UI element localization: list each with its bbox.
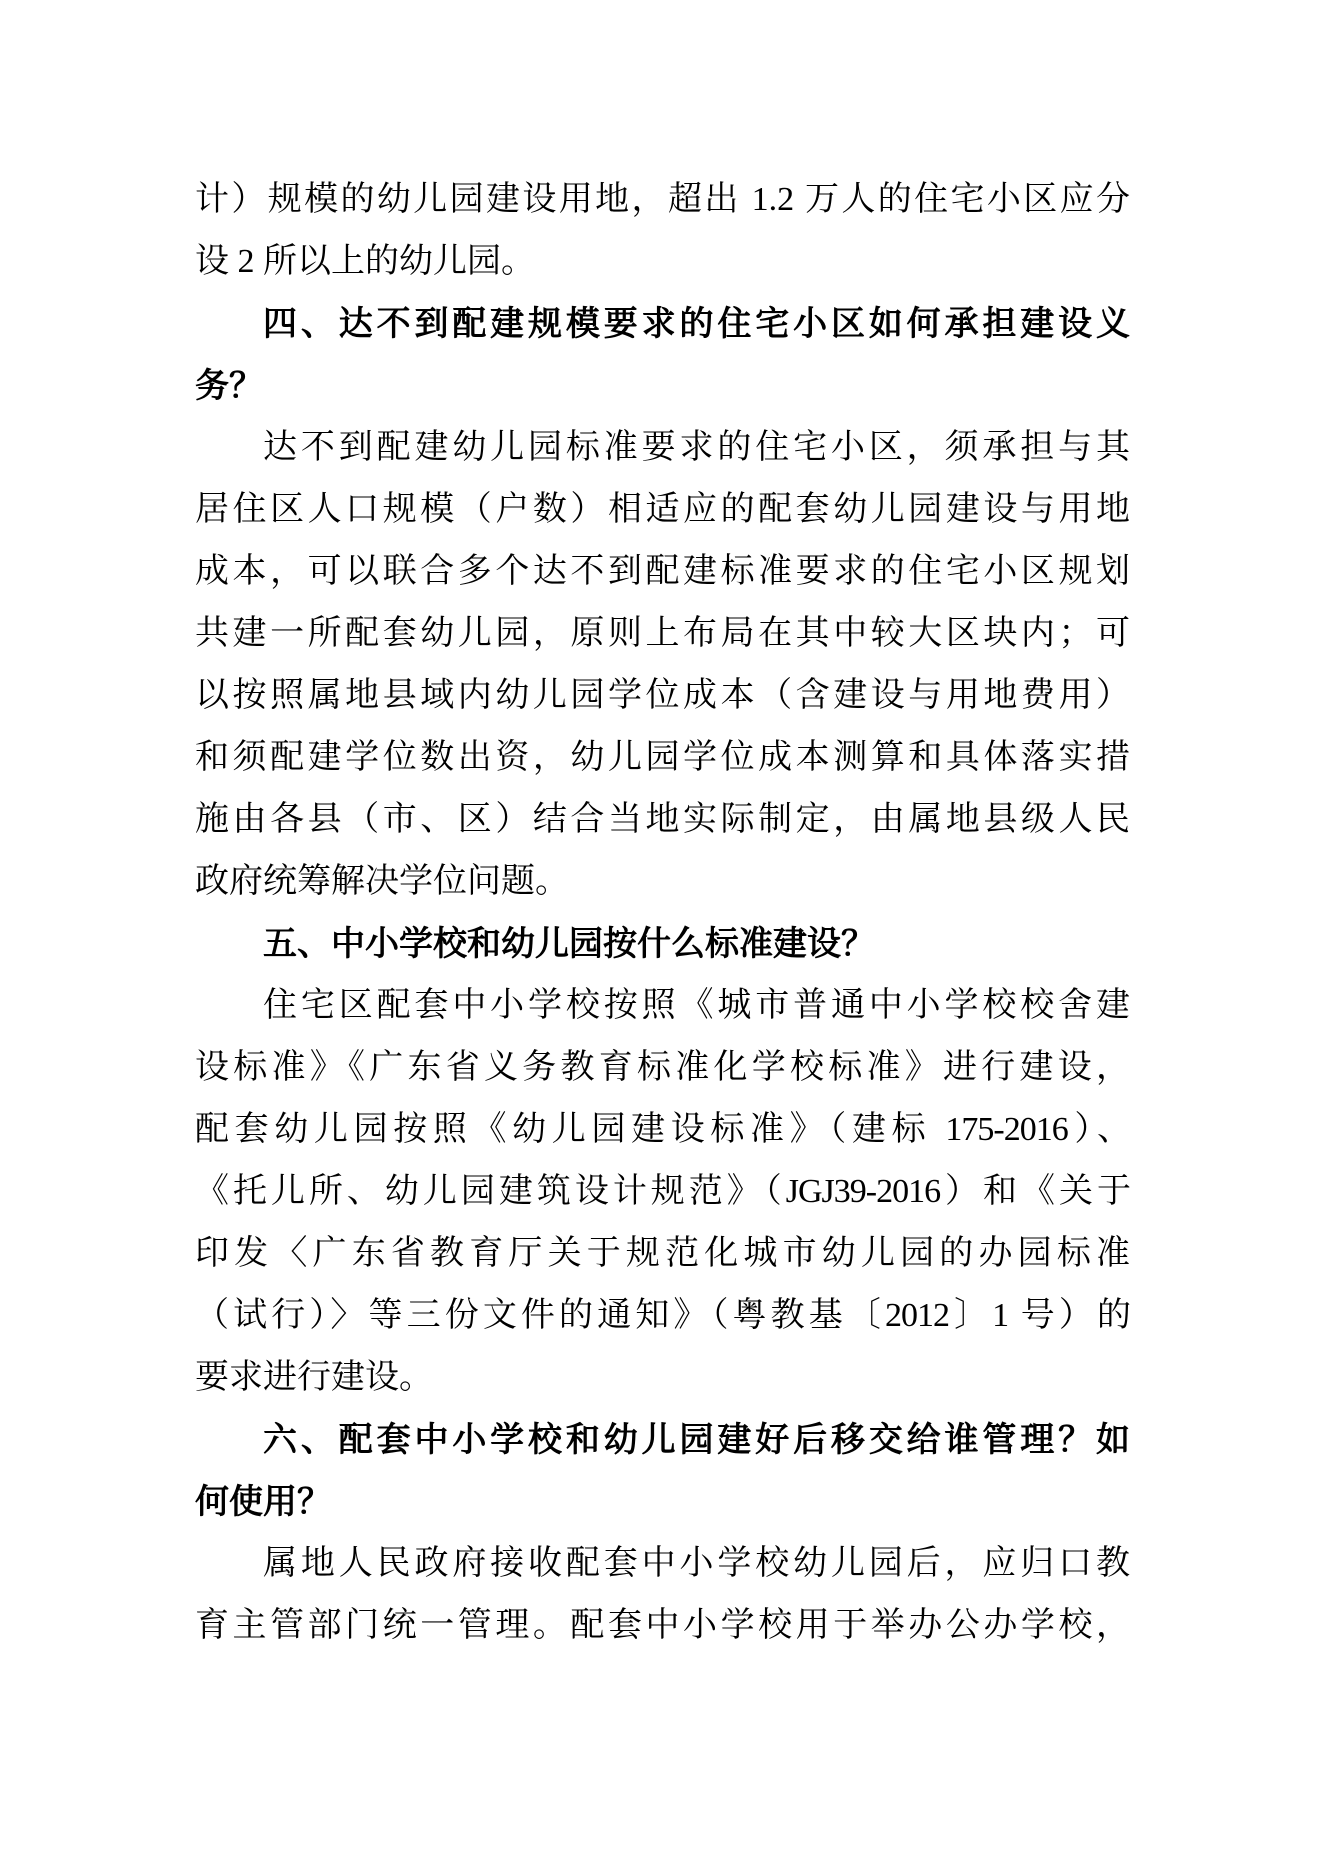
- text-line: 达不到配建幼儿园标准要求的住宅小区，须承担与其: [195, 417, 1130, 479]
- text-line: 住宅区配套中小学校按照《城市普通中小学校校舍建: [195, 975, 1130, 1037]
- document-text-block: 计）规模的幼儿园建设用地，超出 1.2 万人的住宅小区应分 设 2 所以上的幼儿…: [195, 169, 1130, 1657]
- text-line: 共建一所配套幼儿园，原则上布局在其中较大区块内；可: [195, 603, 1130, 665]
- text-line: 以按照属地县域内幼儿园学位成本（含建设与用地费用）: [195, 665, 1130, 727]
- text-line: 属地人民政府接收配套中小学校幼儿园后，应归口教: [195, 1533, 1130, 1595]
- text-line: 《托儿所、幼儿园建筑设计规范》（JGJ39-2016）和《关于: [195, 1161, 1130, 1223]
- text-line: 设 2 所以上的幼儿园。: [195, 231, 1130, 293]
- section-heading-line: 何使用？: [195, 1471, 1130, 1533]
- text-line: 印发〈广东省教育厅关于规范化城市幼儿园的办园标准: [195, 1223, 1130, 1285]
- text-line: （试行）〉等三份文件的通知》（粤教基〔2012〕1 号）的: [195, 1285, 1130, 1347]
- text-line: 成本，可以联合多个达不到配建标准要求的住宅小区规划: [195, 541, 1130, 603]
- text-line: 和须配建学位数出资，幼儿园学位成本测算和具体落实措: [195, 727, 1130, 789]
- text-line: 计）规模的幼儿园建设用地，超出 1.2 万人的住宅小区应分: [195, 169, 1130, 231]
- section-heading-line: 五、中小学校和幼儿园按什么标准建设？: [195, 913, 1130, 975]
- text-line: 设标准》《广东省义务教育标准化学校标准》进行建设，: [195, 1037, 1130, 1099]
- text-line: 居住区人口规模（户数）相适应的配套幼儿园建设与用地: [195, 479, 1130, 541]
- section-heading-line: 四、达不到配建规模要求的住宅小区如何承担建设义: [195, 293, 1130, 355]
- text-line: 育主管部门统一管理。配套中小学校用于举办公办学校，: [195, 1595, 1130, 1657]
- section-heading-line: 务？: [195, 355, 1130, 417]
- text-line: 要求进行建设。: [195, 1347, 1130, 1409]
- text-line: 施由各县（市、区）结合当地实际制定，由属地县级人民: [195, 789, 1130, 851]
- section-heading-line: 六、配套中小学校和幼儿园建好后移交给谁管理？如: [195, 1409, 1130, 1471]
- text-line: 配套幼儿园按照《幼儿园建设标准》（建标 175-2016）、: [195, 1099, 1130, 1161]
- text-line: 政府统筹解决学位问题。: [195, 851, 1130, 913]
- document-page: 计）规模的幼儿园建设用地，超出 1.2 万人的住宅小区应分 设 2 所以上的幼儿…: [0, 0, 1323, 1871]
